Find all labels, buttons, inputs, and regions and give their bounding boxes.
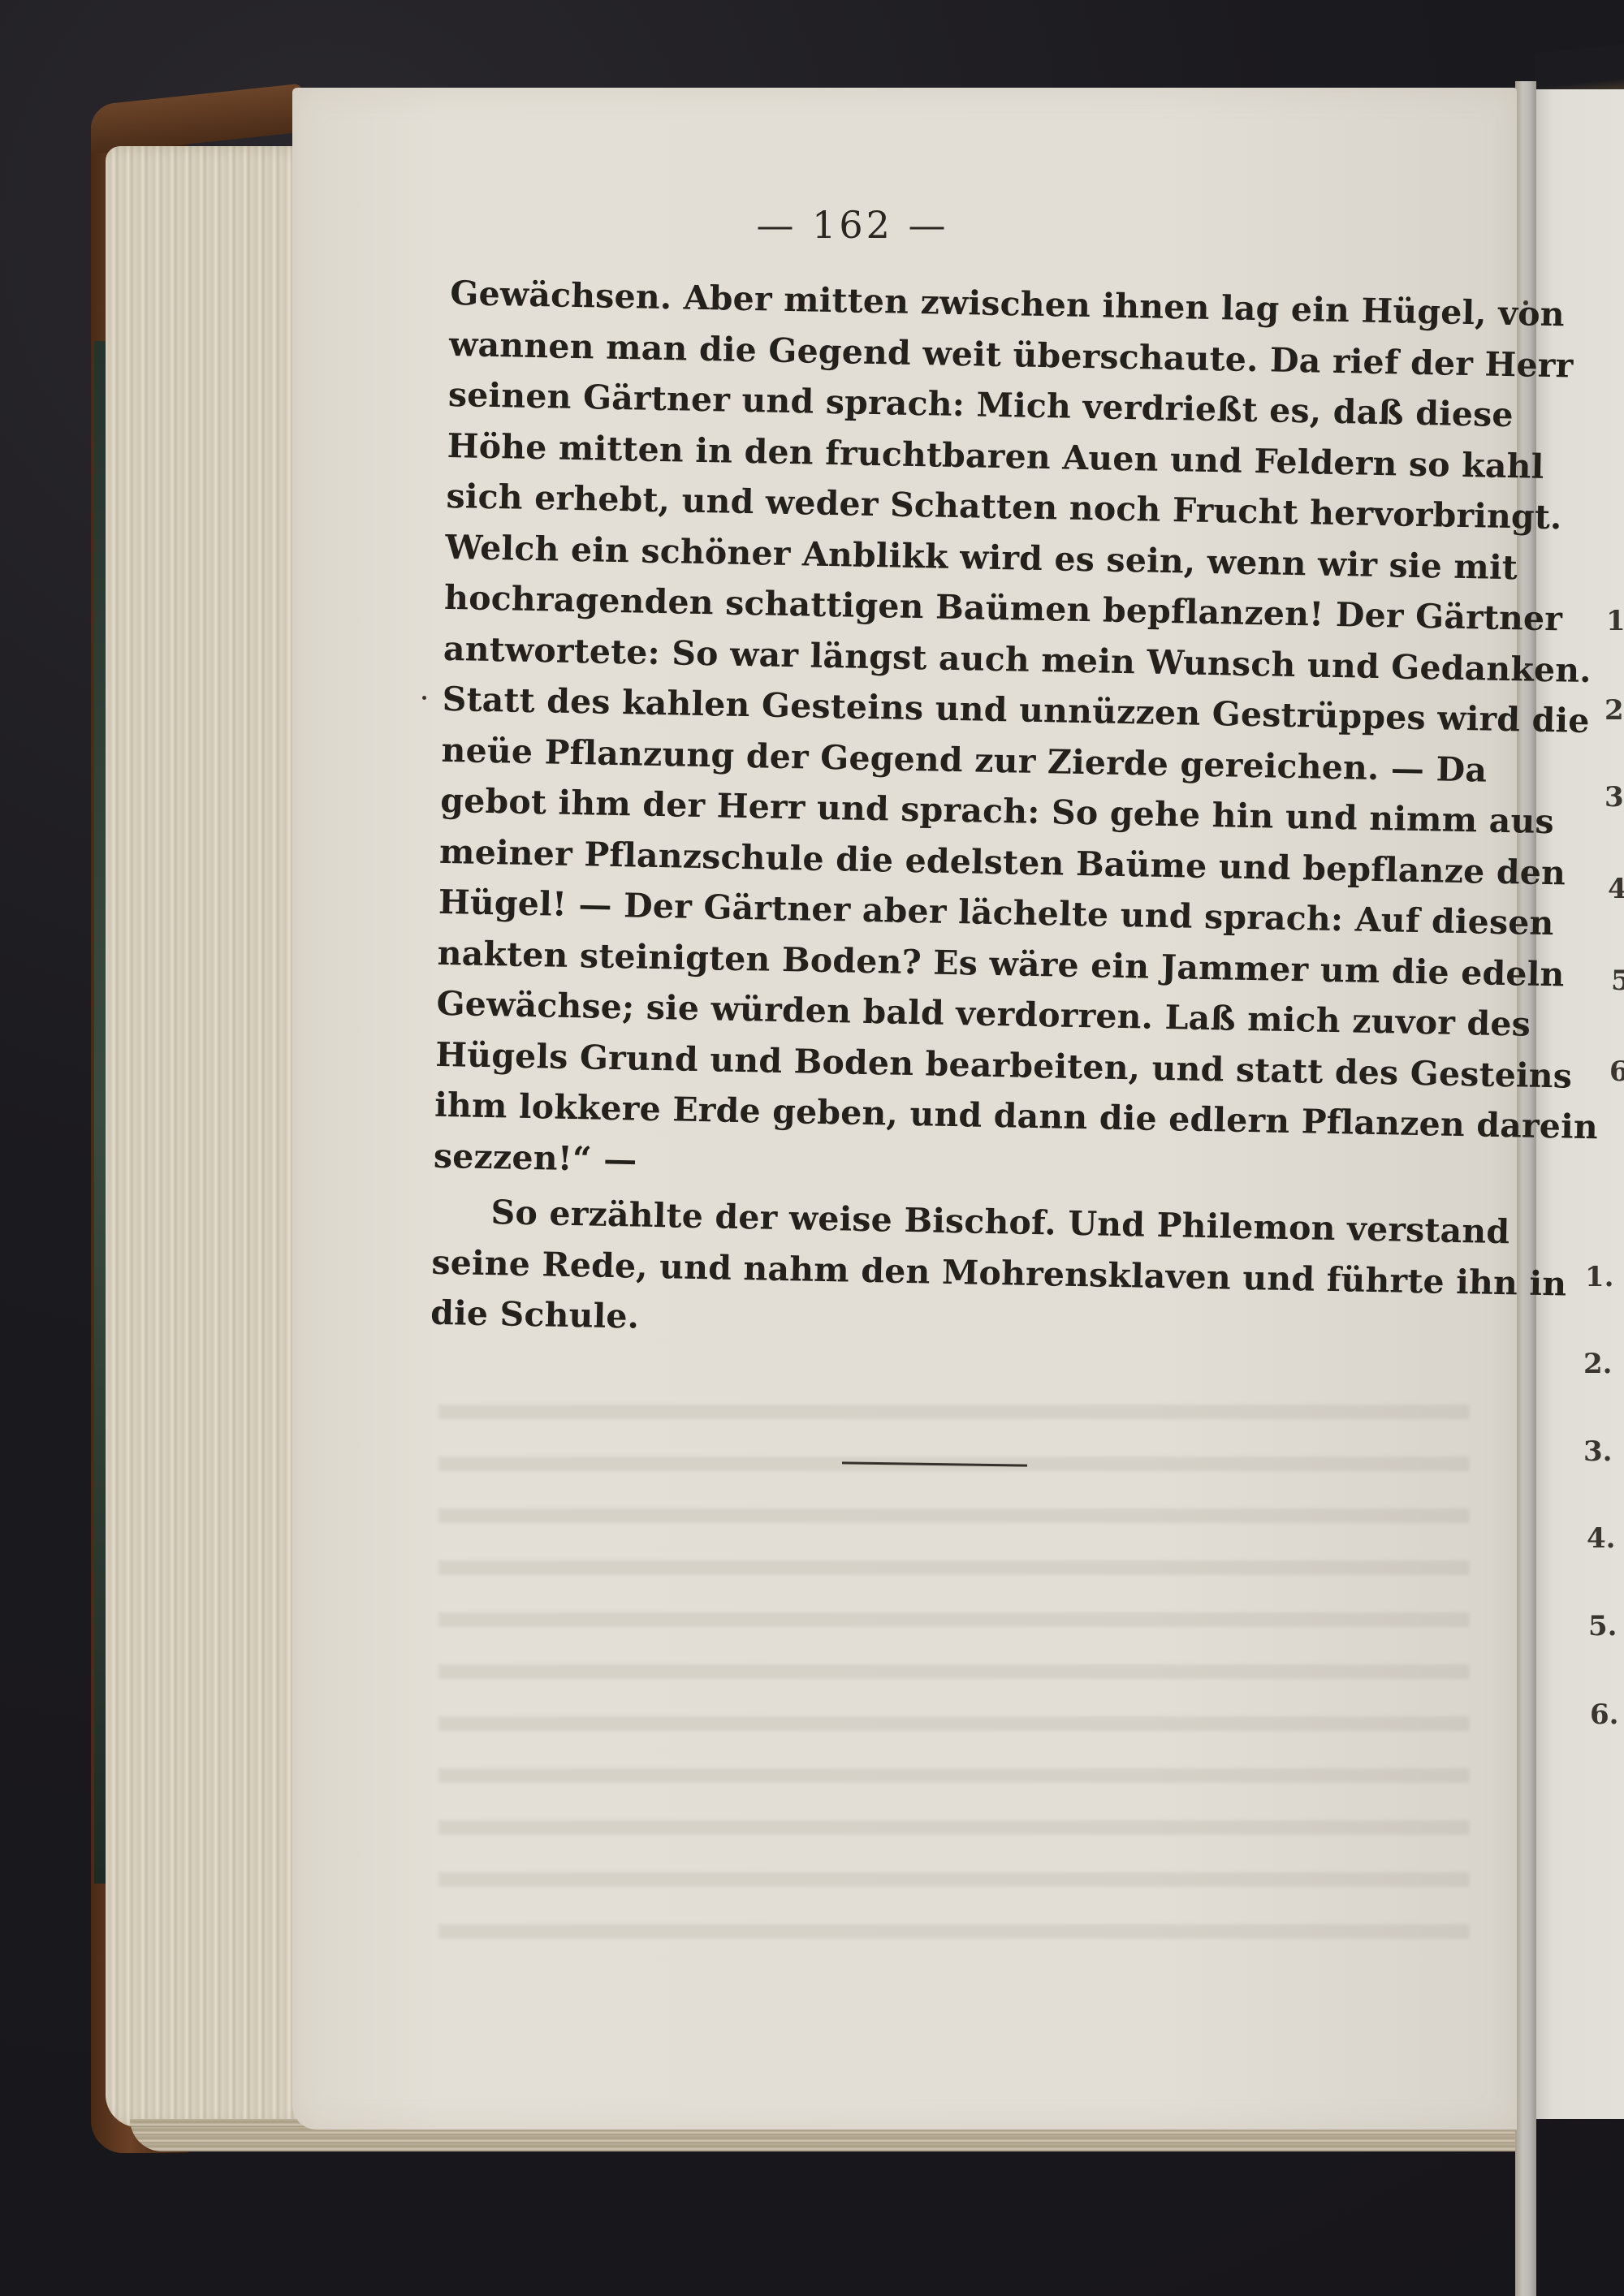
facing-number: 6 (1609, 1055, 1624, 1088)
paragraph-1: Gewächsen. Aber mitten zwischen ihnen la… (433, 268, 1449, 1200)
facing-number: 3. (1583, 1435, 1613, 1468)
book-gutter (1515, 81, 1536, 2296)
facing-number: 5. (1588, 1610, 1618, 1642)
paragraph-2: So erzählte der weise Bischof. Und Phile… (430, 1186, 1432, 1357)
facing-number: 2. (1583, 1348, 1613, 1380)
facing-number: 4 (1608, 873, 1624, 905)
facing-number: 5 (1611, 965, 1624, 997)
bleed-through-text (438, 1372, 1470, 1973)
facing-page-numbers: 1 2 3 4 5 6 1. 2. 3. 4. 5. 6. (1536, 0, 1624, 2296)
facing-number: 2 (1605, 694, 1624, 727)
page-number: — 162 — (731, 203, 974, 247)
facing-number: 1 (1606, 605, 1624, 637)
page-stack-edge (106, 146, 317, 2127)
facing-number: 3 (1605, 781, 1624, 814)
body-text: Gewächsen. Aber mitten zwischen ihnen la… (430, 268, 1449, 1357)
ink-speck (422, 696, 426, 700)
ink-speck (1523, 300, 1528, 305)
facing-number: 4. (1587, 1522, 1616, 1555)
facing-number: 1. (1585, 1261, 1614, 1293)
facing-number: 6. (1590, 1698, 1619, 1731)
